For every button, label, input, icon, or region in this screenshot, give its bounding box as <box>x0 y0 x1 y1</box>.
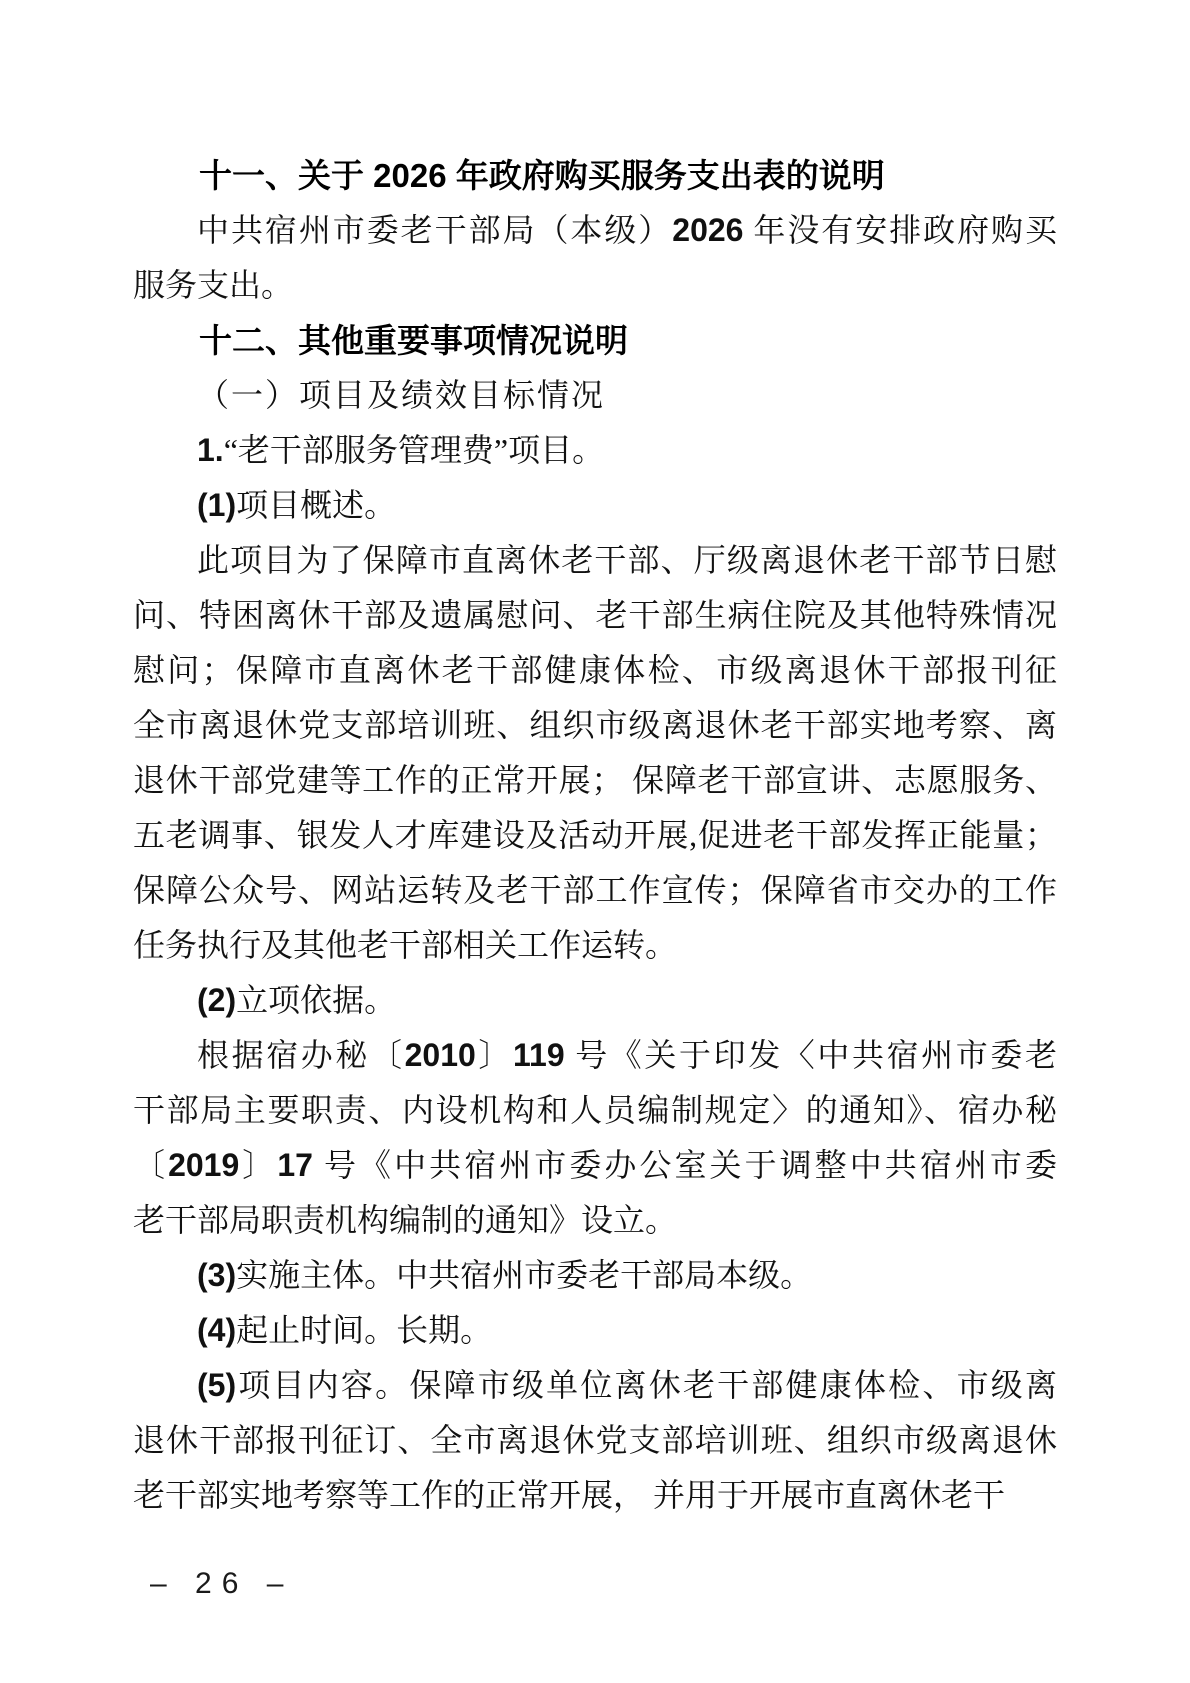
item-heading-1-3: (3)实施主体。中共宿州市委老干部局本级。 <box>133 1248 1057 1303</box>
item-heading-1-1: (1)项目概述。 <box>133 478 1057 533</box>
subsection-heading-1: （一）项目及绩效目标情况 <box>133 368 1057 423</box>
text-line: 五老调事、银发人才库建设及活动开展,促进老干部发挥正能量； <box>133 808 1057 863</box>
text-line: 老干部实地考察等工作的正常开展， 并用于开展市直离休老干 <box>133 1468 1057 1523</box>
item-heading-1: 1.“老干部服务管理费”项目。 <box>133 423 1057 478</box>
item-heading-1-2: (2)立项依据。 <box>133 973 1057 1028</box>
text-line: 根据宿办秘〔2010〕119 号《关于印发〈中共宿州市委老 <box>133 1028 1057 1083</box>
text-line: 问、特困离休干部及遗属慰问、老干部生病住院及其他特殊情况 <box>133 588 1057 643</box>
text-line: 服务支出。 <box>133 258 1057 313</box>
document-body: 十一、关于 2026 年政府购买服务支出表的说明 中共宿州市委老干部局（本级）2… <box>133 148 1057 1523</box>
document-page: 十一、关于 2026 年政府购买服务支出表的说明 中共宿州市委老干部局（本级）2… <box>0 0 1190 1683</box>
text-line: 老干部局职责机构编制的通知》设立。 <box>133 1193 1057 1248</box>
text-line: 全市离退休党支部培训班、组织市级离退休老干部实地考察、离 <box>133 698 1057 753</box>
text-line: 保障公众号、网站运转及老干部工作宣传；保障省市交办的工作 <box>133 863 1057 918</box>
text-line: 〔2019〕17 号《中共宿州市委办公室关于调整中共宿州市委 <box>133 1138 1057 1193</box>
section-heading-11: 十一、关于 2026 年政府购买服务支出表的说明 <box>133 148 1057 203</box>
text-line: 此项目为了保障市直离休老干部、厅级离退休老干部节日慰 <box>133 533 1057 588</box>
text-line: 任务执行及其他老干部相关工作运转。 <box>133 918 1057 973</box>
text-line: 干部局主要职责、内设机构和人员编制规定〉的通知》、宿办秘 <box>133 1083 1057 1138</box>
text-line: 退休干部党建等工作的正常开展； 保障老干部宣讲、志愿服务、 <box>133 753 1057 808</box>
page-number: – 26 – <box>150 1562 293 1606</box>
item-heading-1-4: (4)起止时间。长期。 <box>133 1303 1057 1358</box>
text-line: 慰问；保障市直离休老干部健康体检、市级离退休干部报刊征订、 <box>133 643 1057 698</box>
item-heading-1-5: (5)项目内容。保障市级单位离休老干部健康体检、市级离 <box>133 1358 1057 1413</box>
text-line: 退休干部报刊征订、全市离退休党支部培训班、组织市级离退休 <box>133 1413 1057 1468</box>
text-line: 中共宿州市委老干部局（本级）2026 年没有安排政府购买 <box>133 203 1057 258</box>
section-heading-12: 十二、其他重要事项情况说明 <box>133 313 1057 368</box>
